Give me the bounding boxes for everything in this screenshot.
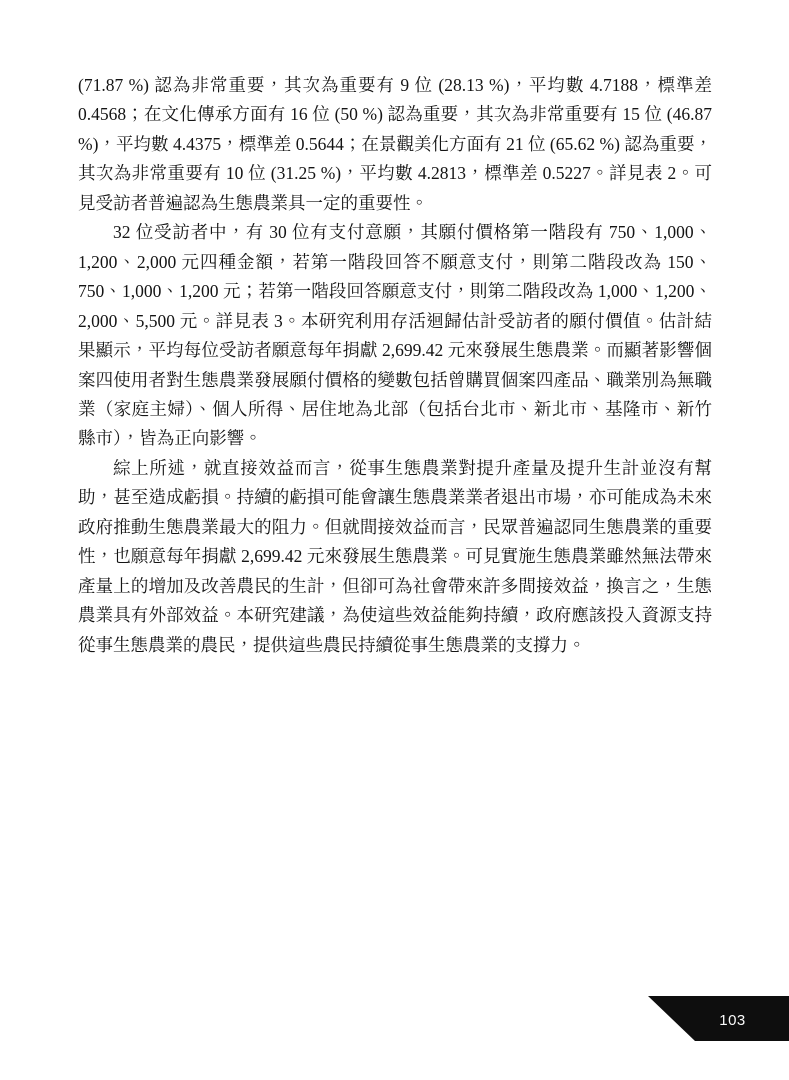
document-page: (71.87 %) 認為非常重要，其次為重要有 9 位 (28.13 %)，平均… [0,0,789,1080]
paragraph-importance-statistics: (71.87 %) 認為非常重要，其次為重要有 9 位 (28.13 %)，平均… [78,71,712,218]
paragraph-conclusion: 綜上所述，就直接效益而言，從事生態農業對提升產量及提升生計並沒有幫助，甚至造成虧… [78,454,712,660]
page-number-banner: 103 [648,996,789,1041]
page-number: 103 [719,1012,746,1029]
paragraph-willingness-to-pay: 32 位受訪者中，有 30 位有支付意願，其願付價格第一階段有 750、1,00… [78,218,712,454]
body-text: (71.87 %) 認為非常重要，其次為重要有 9 位 (28.13 %)，平均… [78,71,712,660]
